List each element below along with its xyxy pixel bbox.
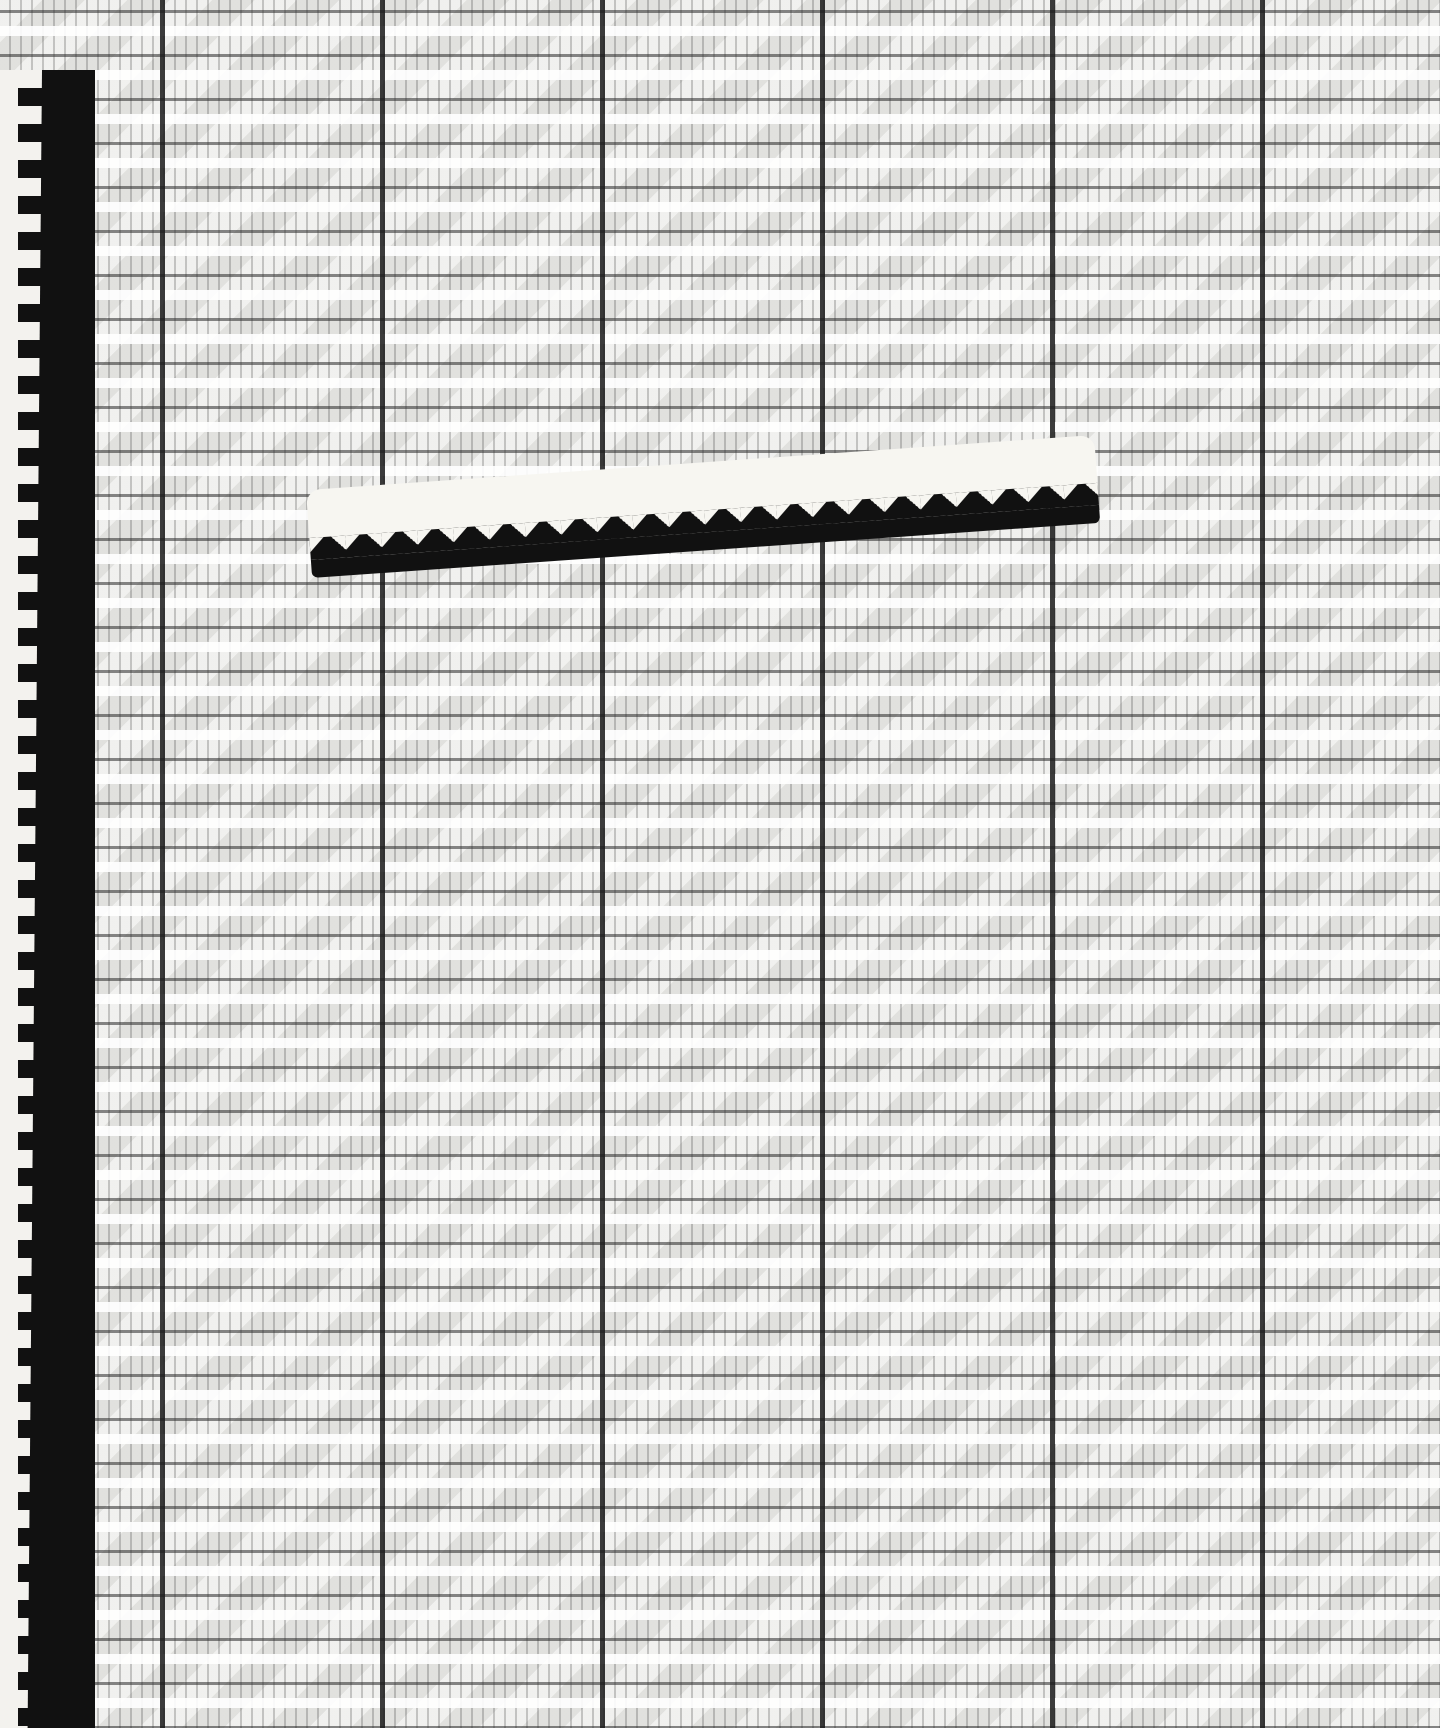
stitch-line [600, 0, 605, 1728]
knit-fabric-texture [0, 0, 1440, 1728]
front-placket-trim [0, 70, 95, 1728]
stitch-line [820, 0, 825, 1728]
stitch-line [380, 0, 385, 1728]
stitch-line [1260, 0, 1265, 1728]
stitch-line [1050, 0, 1055, 1728]
stitch-line [160, 0, 165, 1728]
